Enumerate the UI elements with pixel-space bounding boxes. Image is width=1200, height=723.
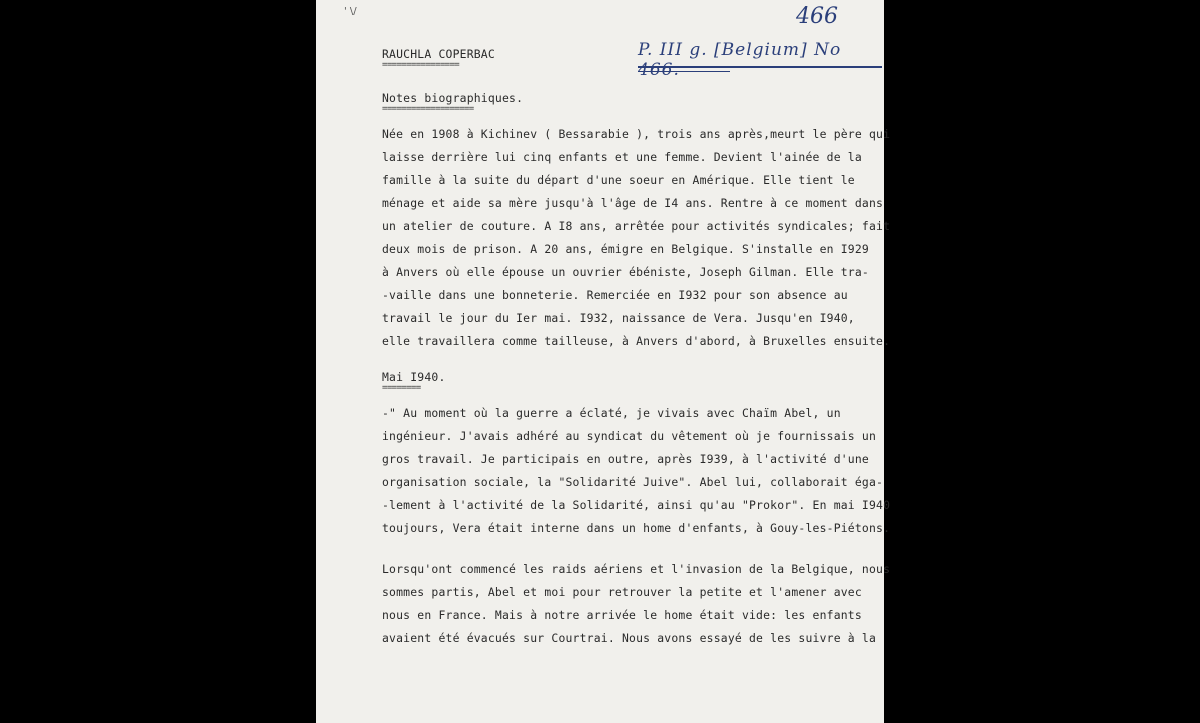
- text-line: travail le jour du Ier mai. I932, naissa…: [382, 311, 855, 325]
- document-title: RAUCHLA COPERBAC: [382, 47, 495, 61]
- text-line: organisation sociale, la "Solidarité Jui…: [382, 475, 883, 489]
- text-line: nous en France. Mais à notre arrivée le …: [382, 608, 862, 622]
- heading-underline: ===================: [382, 105, 474, 113]
- text-line: à Anvers où elle épouse un ouvrier ébéni…: [382, 265, 869, 279]
- text-line: ménage et aide sa mère jusqu'à l'âge de …: [382, 196, 883, 210]
- handwritten-underline: [638, 66, 882, 68]
- section-heading-biography: Notes biographiques.: [382, 91, 523, 105]
- handwritten-underline-short: [638, 71, 730, 72]
- handwritten-reference: P. III g. [Belgium] No 466.: [638, 40, 884, 80]
- text-line: -" Au moment où la guerre a éclaté, je v…: [382, 406, 841, 420]
- text-line: elle travaillera comme tailleuse, à Anve…: [382, 334, 890, 348]
- text-line: Lorsqu'ont commencé les raids aériens et…: [382, 562, 890, 576]
- text-line: toujours, Vera était interne dans un hom…: [382, 521, 890, 535]
- stray-mark: ' \/: [344, 6, 357, 17]
- text-line: gros travail. Je participais en outre, a…: [382, 452, 869, 466]
- text-line: Née en 1908 à Kichinev ( Bessarabie ), t…: [382, 127, 890, 141]
- text-line: famille à la suite du départ d'une soeur…: [382, 173, 855, 187]
- heading-underline: ========: [382, 384, 421, 392]
- handwritten-page-number: 466: [796, 4, 838, 29]
- title-underline: ================: [382, 61, 459, 69]
- text-line: deux mois de prison. A 20 ans, émigre en…: [382, 242, 869, 256]
- text-line: -lement à l'activité de la Solidarité, a…: [382, 498, 890, 512]
- document-page: ' \/ 466 P. III g. [Belgium] No 466. RAU…: [316, 0, 884, 723]
- text-line: ingénieur. J'avais adhéré au syndicat du…: [382, 429, 876, 443]
- text-line: sommes partis, Abel et moi pour retrouve…: [382, 585, 862, 599]
- text-line: -vaille dans une bonneterie. Remerciée e…: [382, 288, 848, 302]
- section-heading-may-1940: Mai I940.: [382, 370, 446, 384]
- text-line: laisse derrière lui cinq enfants et une …: [382, 150, 862, 164]
- text-line: un atelier de couture. A I8 ans, arrêtée…: [382, 219, 890, 233]
- text-line: avaient été évacués sur Courtrai. Nous a…: [382, 631, 876, 645]
